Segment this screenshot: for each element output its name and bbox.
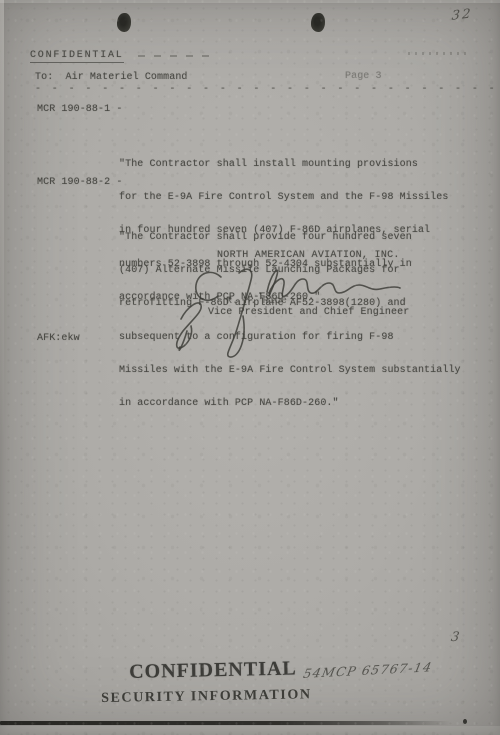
dashed-separator: - - - - - - - - - - - - - - - - - - - - …	[35, 84, 500, 95]
security-information-stamp: SECURITY INFORMATION	[101, 687, 312, 707]
to-line: To: Air Materiel Command	[35, 72, 188, 83]
paragraph-line: "The Contractor shall provide four hundr…	[119, 232, 461, 243]
handwritten-page-number: 3	[450, 630, 460, 645]
handwritten-annotation: 54MCP 65767-14	[302, 659, 434, 681]
scanned-document-page: 32 CONFIDENTIAL To: Air Materiel Command…	[0, 0, 500, 735]
scan-edge-left	[0, 0, 4, 441]
handwritten-mark-top-right: 32	[451, 6, 473, 23]
staple-mark-left	[117, 13, 131, 32]
scan-edge-top	[0, 0, 500, 3]
scan-artifact-dot	[463, 719, 467, 724]
paragraph-ref: MCR 190-88-1 -	[37, 104, 122, 115]
paragraph-line: Missiles with the E-9A Fire Control Syst…	[119, 365, 461, 376]
typed-signatory-title: Vice President and Chief Engineer	[208, 307, 409, 318]
typed-signatory-name: R. H. Rice	[226, 296, 287, 307]
classification-heading: CONFIDENTIAL	[30, 50, 124, 63]
ink-smudge-dashes	[138, 55, 214, 57]
office-symbol: AFK:ekw	[37, 333, 80, 344]
paragraph-line: in accordance with PCP NA-F86D-260."	[119, 398, 461, 409]
confidential-stamp: CONFIDENTIAL	[129, 657, 297, 684]
staple-mark-right	[311, 13, 325, 32]
paragraph-ref: MCR 190-88-2 -	[37, 177, 122, 188]
scan-edge-bottom	[0, 726, 500, 735]
page-label: Page 3	[345, 71, 382, 82]
scan-artifact-line	[0, 721, 450, 725]
paragraph-line: "The Contractor shall install mounting p…	[119, 159, 448, 170]
ink-smudge-dots	[408, 52, 466, 55]
